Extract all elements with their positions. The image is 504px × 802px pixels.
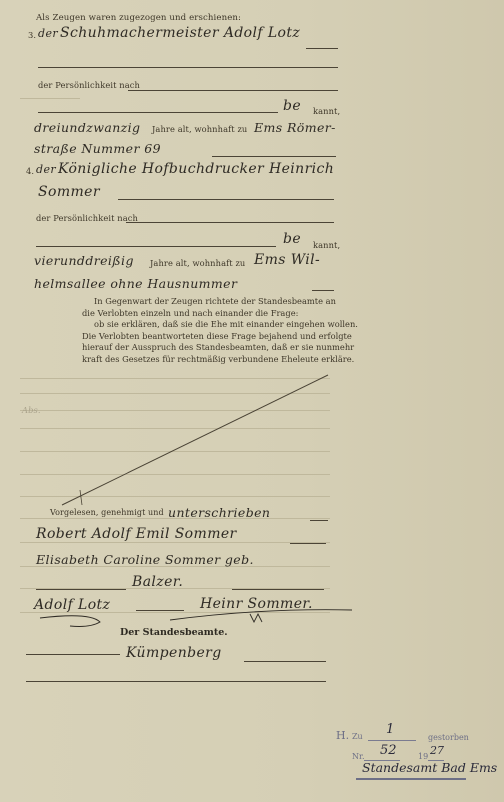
stamp-zu-value: 1 <box>386 722 394 737</box>
stamp-gestorben-label: gestorben <box>428 733 469 742</box>
stamp-prefix: H. <box>336 729 349 742</box>
registrar-heading: Der Standesbeamte. <box>120 627 228 638</box>
fill-line <box>26 654 120 655</box>
stamp-year-value: 27 <box>430 744 444 757</box>
stamp-line <box>368 740 416 741</box>
stamp-place: Standesamt Bad Ems <box>362 760 497 775</box>
registrar-signature: Kümpenberg <box>126 645 222 661</box>
stamp-underline <box>356 778 466 780</box>
fill-line <box>244 661 326 662</box>
document-page: Als Zeugen waren zugezogen und erschiene… <box>0 0 504 802</box>
stamp-nr-value: 52 <box>380 743 397 758</box>
stamp-zu-label: Zu <box>352 732 363 741</box>
fill-line <box>26 681 326 682</box>
